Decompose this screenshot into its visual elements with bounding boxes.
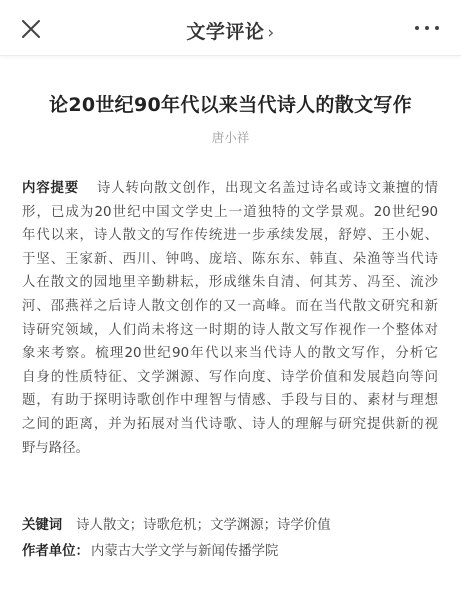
abstract-line: 题，有助于探明诗歌创作中理智与情感、手段与目的、素材与理想 <box>22 389 438 413</box>
top-navigation-bar: 文学评论› <box>0 0 461 56</box>
journal-title: 文学评论 <box>186 21 264 43</box>
abstract-label: 内容提要 <box>22 181 79 196</box>
affiliation-label: 作者单位： <box>22 544 89 559</box>
keywords-label: 关键词 <box>22 518 62 533</box>
more-dot <box>425 26 429 30</box>
more-dot <box>435 26 439 30</box>
author-affiliation: 作者单位：内蒙古大学文学与新闻传播学院 <box>22 540 438 559</box>
abstract-line: 人在散文的园地里辛勤耕耘，形成继朱自清、何其芳、冯至、流沙 <box>22 271 438 295</box>
keywords-value: 诗人散文；诗歌危机；文学渊源；诗学价值 <box>76 518 330 533</box>
more-options-button[interactable] <box>415 20 439 36</box>
abstract-line: 象来考察。梳理20世纪90年代以来当代诗人的散文写作，分析它 <box>22 342 438 366</box>
affiliation-value: 内蒙古大学文学与新闻传播学院 <box>91 544 278 559</box>
abstract-line: 形，已成为20世纪中国文学史上一道独特的文学景观。20世纪90 <box>22 201 438 225</box>
journal-title-link[interactable]: 文学评论› <box>0 17 461 44</box>
abstract-line: 自身的性质特征、文学渊源、写作向度、诗学价值和发展趋向等问 <box>22 366 438 390</box>
chevron-right-icon: › <box>267 23 274 43</box>
abstract-text: 诗人转向散文创作，出现文名盖过诗名或诗文兼擅的情 <box>97 181 438 196</box>
abstract-line: 野与路径。 <box>22 437 438 461</box>
abstract-line: 于坚、王家新、西川、钟鸣、庞培、陈东东、韩直、朵渔等当代诗 <box>22 248 438 272</box>
article-title: 论20世纪90年代以来当代诗人的散文写作 <box>0 90 461 117</box>
article-author[interactable]: 唐小祥 <box>0 128 461 146</box>
abstract-line: 内容提要诗人转向散文创作，出现文名盖过诗名或诗文兼擅的情 <box>22 177 438 201</box>
keywords: 关键词诗人散文；诗歌危机；文学渊源；诗学价值 <box>22 514 438 533</box>
more-horizontal-icon <box>415 26 419 30</box>
abstract: 内容提要诗人转向散文创作，出现文名盖过诗名或诗文兼擅的情 形，已成为20世纪中国… <box>22 177 438 460</box>
abstract-line: 年代以来，诗人散文的写作传统进一步承续发展，舒婷、王小妮、 <box>22 224 438 248</box>
abstract-line: 河、邵燕祥之后诗人散文创作的又一高峰。而在当代散文研究和新 <box>22 295 438 319</box>
abstract-line: 之间的距离，并为拓展对当代诗歌、诗人的理解与研究提供新的视 <box>22 413 438 437</box>
abstract-line: 诗研究领域，人们尚未将这一时期的诗人散文写作视作一个整体对 <box>22 319 438 343</box>
